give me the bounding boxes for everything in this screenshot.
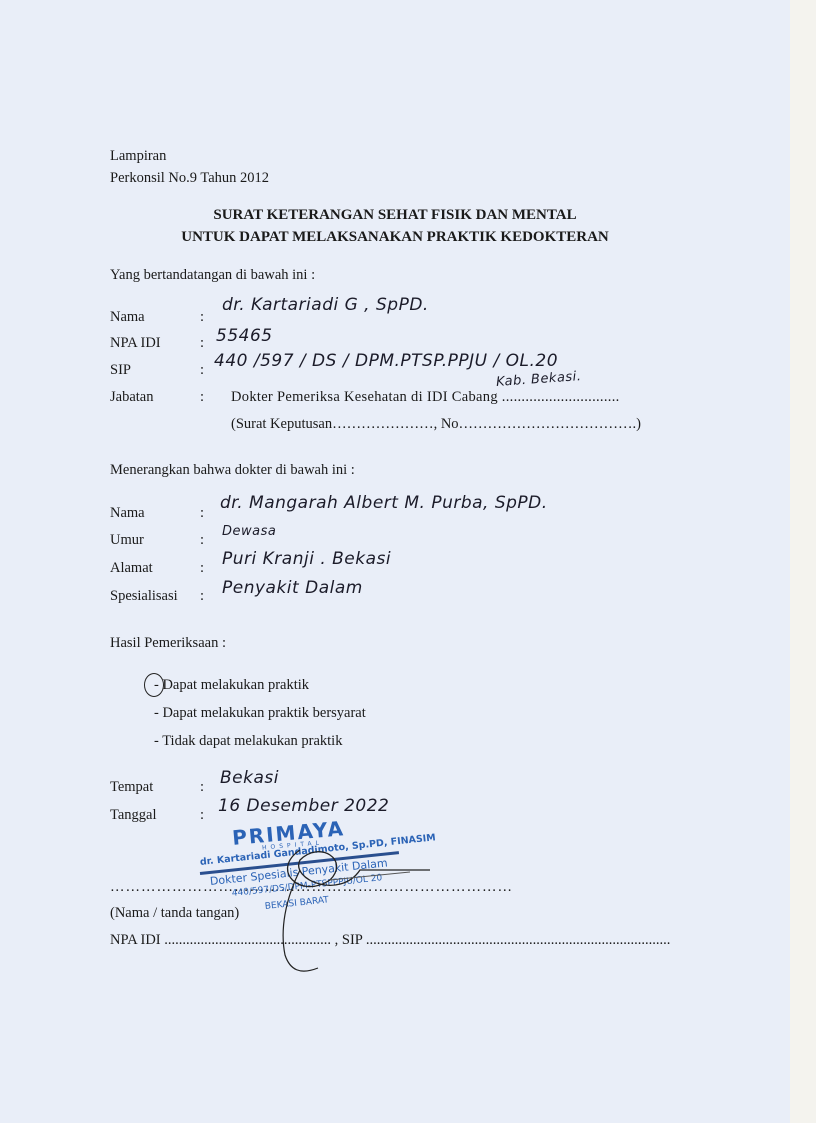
paper-edge	[790, 0, 816, 1123]
subject-age-value: Dewasa	[222, 525, 276, 538]
signer-intro: Yang bertandatangan di bawah ini :	[110, 268, 315, 283]
signer-branch-handwritten: Kab. Bekasi.	[496, 370, 582, 389]
result-option-conditional: - Dapat melakukan praktik bersyarat	[154, 706, 366, 721]
document-title-line1: SURAT KETERANGAN SEHAT FISIK DAN MENTAL	[0, 208, 790, 223]
signer-npa-label: NPA IDI	[110, 336, 161, 351]
colon: :	[200, 561, 204, 576]
lampiran-label: Lampiran	[110, 149, 166, 164]
colon: :	[200, 310, 204, 325]
colon: :	[200, 336, 204, 351]
signer-sip-label: SIP	[110, 363, 131, 378]
result-option-unfit: - Tidak dapat melakukan praktik	[154, 734, 342, 749]
colon: :	[200, 390, 204, 405]
decree-line: (Surat Keputusan…………………, No……………………………….…	[231, 417, 641, 432]
reference-label: Perkonsil No.9 Tahun 2012	[110, 171, 269, 186]
place-label: Tempat	[110, 780, 153, 795]
signer-position-value: Dokter Pemeriksa Kesehatan di IDI Cabang…	[231, 390, 620, 405]
subject-age-label: Umur	[110, 533, 144, 548]
date-value: 16 Desember 2022	[218, 798, 389, 815]
colon: :	[200, 506, 204, 521]
subject-name-value: dr. Mangarah Albert M. Purba, SpPD.	[220, 495, 548, 512]
stamp-city: BEKASI BARAT	[265, 896, 330, 912]
signer-sip-value: 440 /597 / DS / DPM.PTSP.PPJU / OL.20	[214, 353, 558, 370]
colon: :	[200, 589, 204, 604]
colon: :	[200, 363, 204, 378]
colon: :	[200, 780, 204, 795]
subject-address-label: Alamat	[110, 561, 153, 576]
colon: :	[200, 533, 204, 548]
subject-name-label: Nama	[110, 506, 145, 521]
date-label: Tanggal	[110, 808, 157, 823]
subject-specialization-label: Spesialisasi	[110, 589, 178, 604]
subject-specialization-value: Penyakit Dalam	[222, 580, 363, 597]
signature-npa-sip-line: NPA IDI ................................…	[110, 933, 670, 948]
signer-npa-value: 55465	[216, 328, 273, 345]
colon: :	[200, 808, 204, 823]
subject-intro: Menerangkan bahwa dokter di bawah ini :	[110, 463, 355, 478]
result-option-practice: - Dapat melakukan praktik	[154, 678, 309, 693]
subject-address-value: Puri Kranji . Bekasi	[222, 551, 391, 568]
document-title-line2: UNTUK DAPAT MELAKSANAKAN PRAKTIK KEDOKTE…	[0, 230, 790, 245]
results-heading: Hasil Pemeriksaan :	[110, 636, 226, 651]
signer-name-label: Nama	[110, 310, 145, 325]
signature-name-label: (Nama / tanda tangan)	[110, 906, 239, 921]
signer-name-value: dr. Kartariadi G , SpPD.	[222, 297, 429, 314]
place-value: Bekasi	[220, 770, 279, 787]
signer-position-label: Jabatan	[110, 390, 153, 405]
